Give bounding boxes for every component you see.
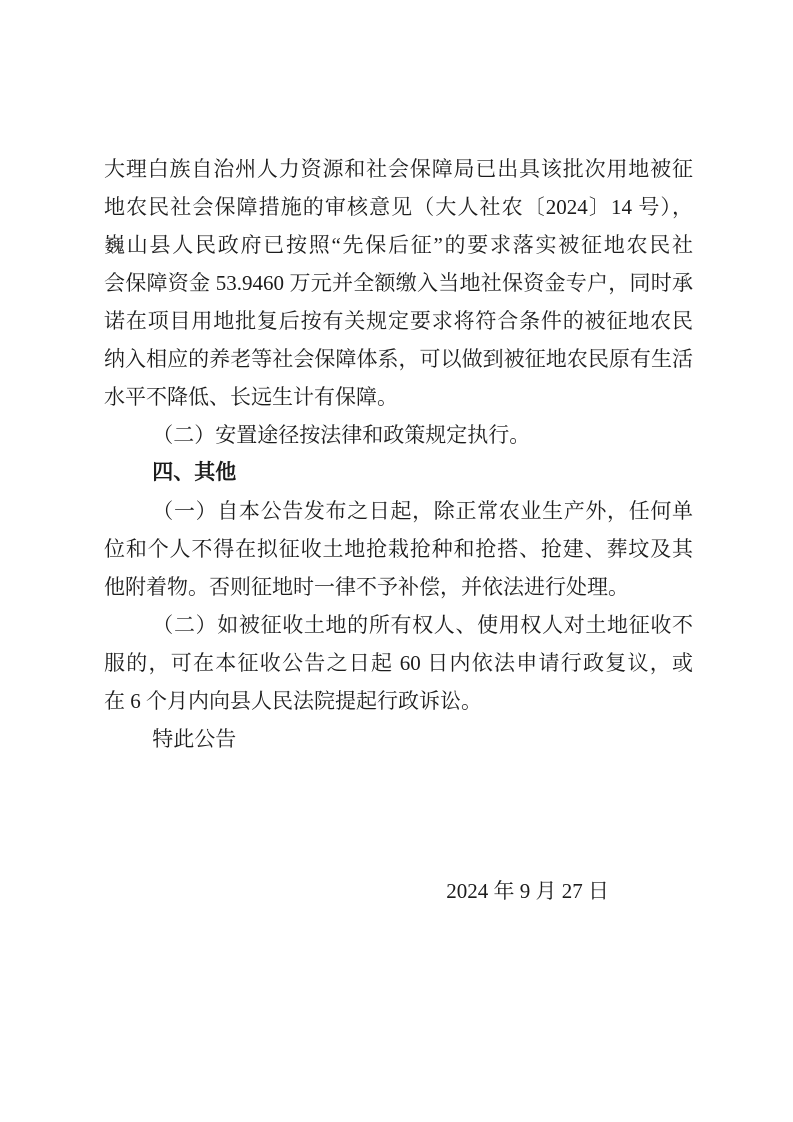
body-text-line: 服的，可在本征收公告之日起 60 日内依法申请行政复议，或 (104, 644, 693, 682)
closing-line: 特此公告 (104, 720, 693, 758)
body-text-line: 会保障资金 53.9460 万元并全额缴入当地社保资金专户，同时承 (104, 264, 693, 302)
body-text-line: （一）自本公告发布之日起，除正常农业生产外，任何单 (104, 492, 693, 530)
body-text-line: 水平不降低、长远生计有保障。 (104, 378, 693, 416)
document-date: 2024 年 9 月 27 日 (104, 872, 693, 910)
blank-space (104, 758, 693, 872)
document-body: 大理白族自治州人力资源和社会保障局已出具该批次用地被征 地农民社会保障措施的审核… (104, 150, 693, 910)
body-text-line: 位和个人不得在拟征收土地抢栽抢种和抢搭、抢建、葬坟及其 (104, 530, 693, 568)
body-text-line: 大理白族自治州人力资源和社会保障局已出具该批次用地被征 (104, 150, 693, 188)
body-text-line: 纳入相应的养老等社会保障体系，可以做到被征地农民原有生活 (104, 340, 693, 378)
body-text-line: （二）如被征收土地的所有权人、使用权人对土地征收不 (104, 606, 693, 644)
body-text-line: 他附着物。否则征地时一律不予补偿，并依法进行处理。 (104, 568, 693, 606)
body-text-line: （二）安置途径按法律和政策规定执行。 (104, 416, 693, 454)
body-text-line: 巍山县人民政府已按照“先保后征”的要求落实被征地农民社 (104, 226, 693, 264)
body-text-line: 诺在项目用地批复后按有关规定要求将符合条件的被征地农民 (104, 302, 693, 340)
body-text-line: 地农民社会保障措施的审核意见（大人社农〔2024〕14 号）， (104, 188, 693, 226)
section-heading: 四、其他 (104, 454, 693, 492)
body-text-line: 在 6 个月内向县人民法院提起行政诉讼。 (104, 682, 693, 720)
document-page: 大理白族自治州人力资源和社会保障局已出具该批次用地被征 地农民社会保障措施的审核… (0, 0, 793, 1122)
